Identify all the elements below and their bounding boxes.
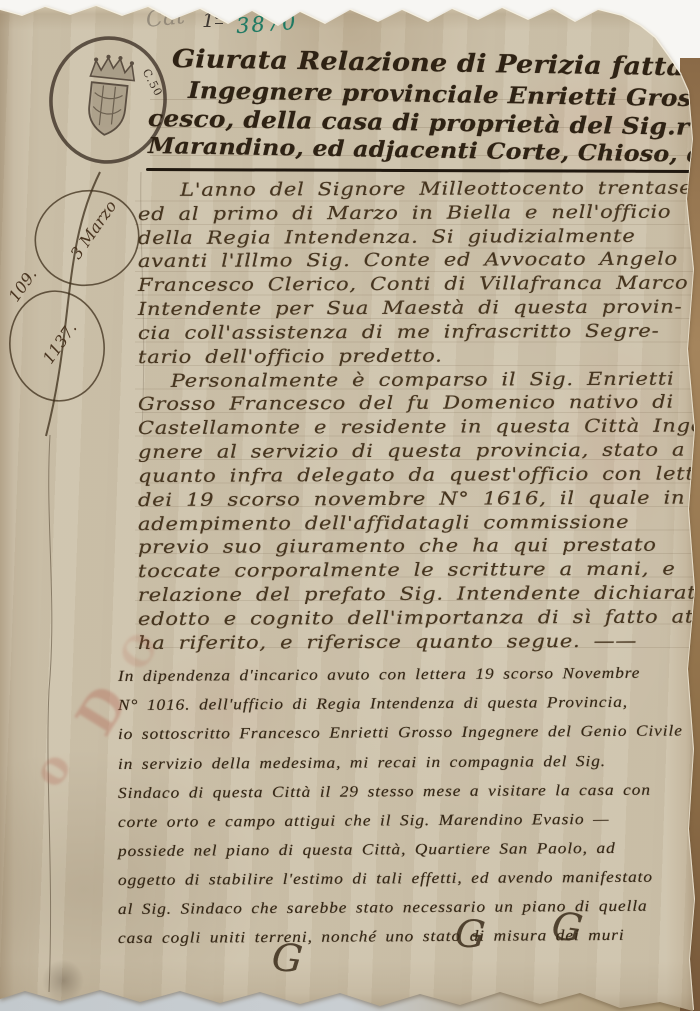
report-line: In dipendenza d'incarico avuto con lette… — [118, 664, 700, 686]
copy-number-exponent: a — [215, 8, 223, 24]
report-line: possiede nel piano di questa Città, Quar… — [118, 839, 700, 861]
body-line: toccate corporalmente le scritture a man… — [138, 558, 700, 582]
margin-date: 3 Marzo — [66, 197, 120, 263]
paper-sheet-wrap: Cat 1a 3870 C.50 3 Marzo 11 — [0, 0, 700, 1011]
report-line: io sottoscritto Francesco Enrietti Gross… — [118, 722, 700, 744]
body-line: previo suo giuramento che ha qui prestat… — [138, 534, 700, 558]
body-line: gnere al servizio di questa provincia, s… — [138, 439, 700, 463]
body-line: tario dell'officio predetto. — [138, 344, 700, 368]
body-line: relazione del prefato Sig. Intendente di… — [138, 582, 700, 606]
body-line: edotto e cognito dell'importanza di sì f… — [138, 606, 700, 630]
body-line: Castellamonte e residente in questa Citt… — [138, 415, 700, 439]
body-line: dei 19 scorso novembre N° 1616, il quale… — [138, 487, 700, 511]
body-line: quanto infra delegato da quest'officio c… — [138, 463, 700, 487]
margin-pen-stroke — [46, 172, 100, 436]
paraph-flourish: G — [549, 903, 585, 951]
body-line: Francesco Clerico, Conti di Villafranca … — [138, 272, 700, 296]
copy-number: 1a — [202, 8, 223, 32]
paper-sheet: Cat 1a 3870 C.50 3 Marzo 11 — [0, 0, 700, 1011]
paraph-flourish: G — [454, 911, 487, 957]
body-line: della Regia Intendenza. Si giudizialment… — [138, 225, 700, 249]
report-line: oggetto di stabilire l'estimo di tali ef… — [118, 868, 700, 890]
paraph-flourish: G — [270, 935, 305, 982]
report-line: in servizio della medesima, mi recai in … — [118, 752, 700, 774]
body-line: adempimento dell'affidatagli commissione — [138, 511, 700, 535]
margin-folio-number: 109. — [5, 265, 41, 305]
report-line: N° 1016. dell'ufficio di Regia Intendenz… — [118, 693, 700, 715]
scanned-document: Cat 1a 3870 C.50 3 Marzo 11 — [0, 0, 700, 1011]
body-line: cia coll'assistenza di me infrascritto S… — [138, 320, 700, 344]
stamp-denomination: C.50 — [140, 67, 165, 99]
body-line: Personalmente è comparso il Sig. Enriett… — [138, 368, 700, 392]
body-line: ha riferito, e riferisce quanto segue. —… — [138, 630, 700, 654]
body-line: Intendente per Sua Maestà di questa prov… — [138, 296, 700, 320]
body-line: L'anno del Signore Milleottocento trenta… — [138, 177, 700, 201]
registry-number: 3870 — [235, 10, 298, 38]
report-line: casa cogli uniti terreni, nonché uno sta… — [118, 926, 700, 948]
report-line: al Sig. Sindaco che sarebbe stato necess… — [118, 897, 700, 919]
margin-register-number: 1137. — [39, 319, 81, 367]
body-line: avanti l'Illmo Sig. Conte ed Avvocato An… — [138, 248, 700, 272]
body-line: Grosso Francesco del fu Domenico nativo … — [138, 391, 700, 415]
stamp-shield — [86, 82, 127, 136]
report-line: corte orto e campo attigui che il Sig. M… — [118, 810, 700, 832]
report-line: Sindaco di questa Città il 29 stesso mes… — [118, 781, 700, 803]
margin-annotation: 3 Marzo 1137. 109. — [2, 168, 154, 440]
pencil-note: Cat — [145, 4, 186, 33]
body-line: ed al primo di Marzo in Biella e nell'of… — [138, 201, 700, 225]
